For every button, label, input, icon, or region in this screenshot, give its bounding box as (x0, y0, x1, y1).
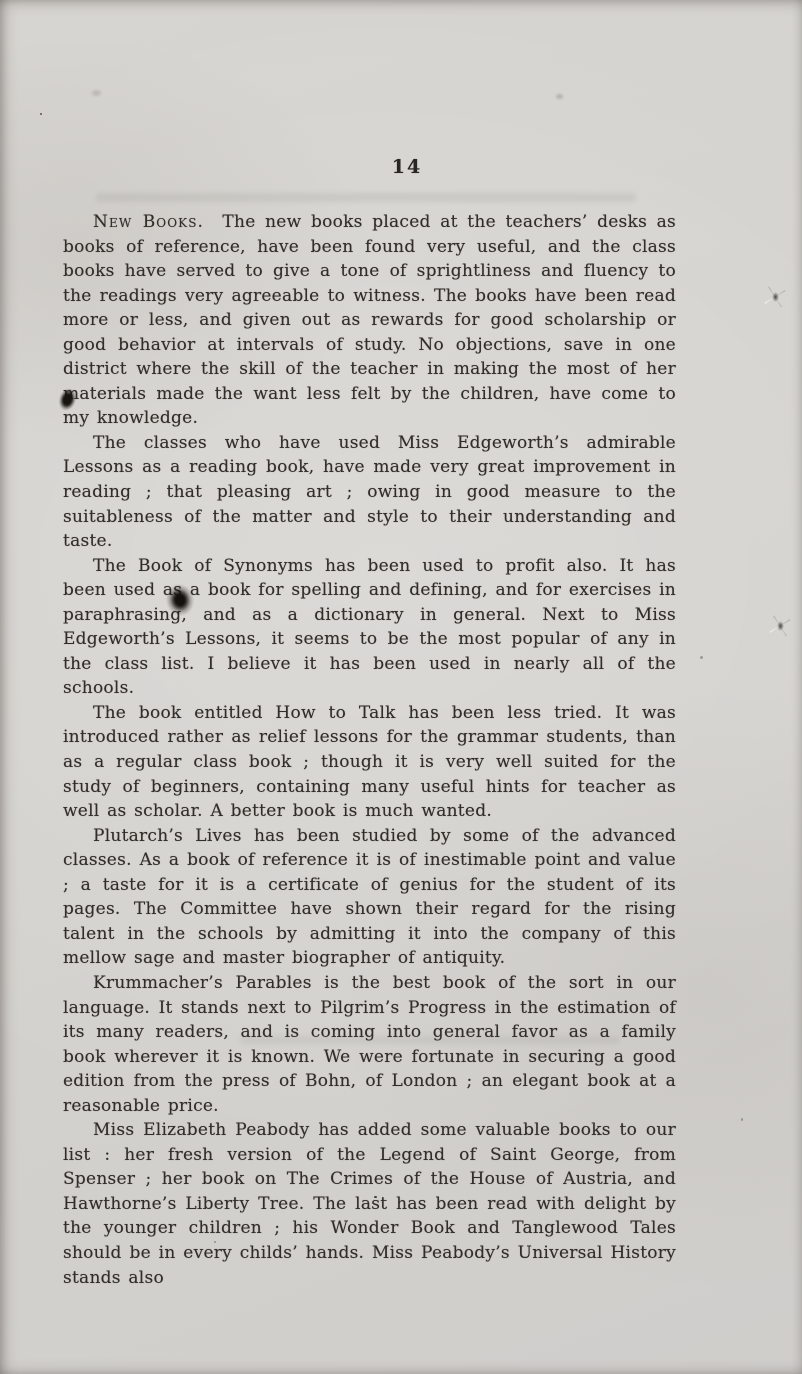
paper-dimple (763, 285, 787, 309)
paragraph: Krummacher’s Parables is the best book o… (63, 971, 676, 1118)
paper-speck (700, 656, 703, 659)
paper-speck (741, 1118, 743, 1121)
paper-speck (556, 94, 563, 99)
paragraph: The book entitled How to Talk has been l… (63, 701, 676, 824)
ink-ghosting (240, 1036, 620, 1044)
ink-ghosting (96, 193, 636, 202)
paragraph-lead: New Books. (93, 212, 204, 232)
paragraph: Miss Elizabeth Peabody has added some va… (63, 1118, 676, 1290)
paragraph: The Book of Synonyms has been used to pr… (63, 554, 676, 701)
paper-speck (123, 341, 125, 343)
paragraph: New Books. The new books placed at the t… (63, 210, 676, 431)
paper-dimple (768, 614, 792, 638)
paper-speck (214, 1241, 216, 1243)
page-text: New Books. The new books placed at the t… (63, 210, 676, 1290)
paper-speck (40, 113, 42, 115)
paragraph: Plutarch’s Lives has been studied by som… (63, 824, 676, 971)
paragraph: The classes who have used Miss Edgeworth… (63, 431, 676, 554)
page-number: 14 (6, 156, 802, 178)
paper-speck (92, 90, 101, 96)
paper-speck (374, 1196, 377, 1198)
book-page: 14 New Books. The new books placed at th… (0, 0, 802, 1374)
